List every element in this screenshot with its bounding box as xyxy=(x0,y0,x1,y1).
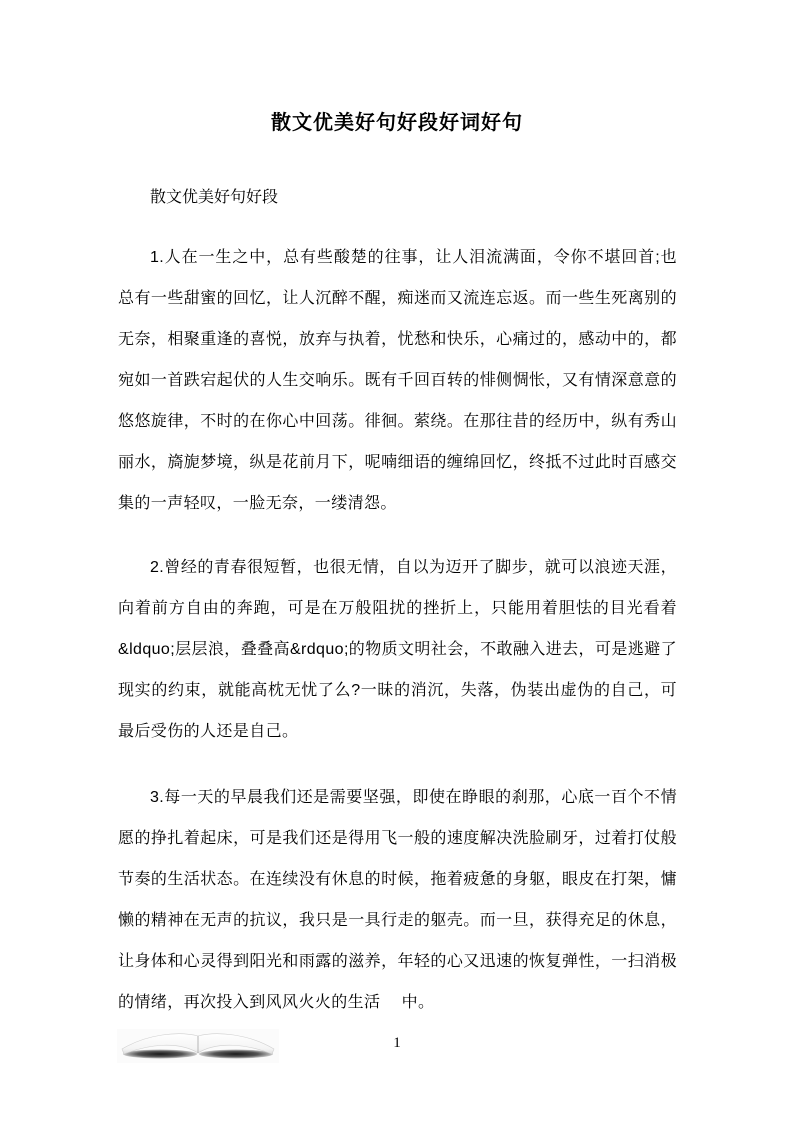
page-number: 1 xyxy=(0,1035,794,1052)
paragraph-1: 1.人在一生之中，总有些酸楚的往事，让人泪流满面，令你不堪回首;也总有一些甜蜜的… xyxy=(118,237,677,524)
paragraph-3: 3.每一天的早晨我们还是需要坚强，即使在睁眼的刹那，心底一百个不情愿的挣扎着起床… xyxy=(118,777,677,1023)
document-subtitle: 散文优美好句好段 xyxy=(118,184,676,207)
document-title: 散文优美好句好段好词好句 xyxy=(118,106,676,135)
paragraph-2: 2.曾经的青春很短暂，也很无情，自以为迈开了脚步，就可以浪迹天涯，向着前方自由的… xyxy=(118,547,677,752)
